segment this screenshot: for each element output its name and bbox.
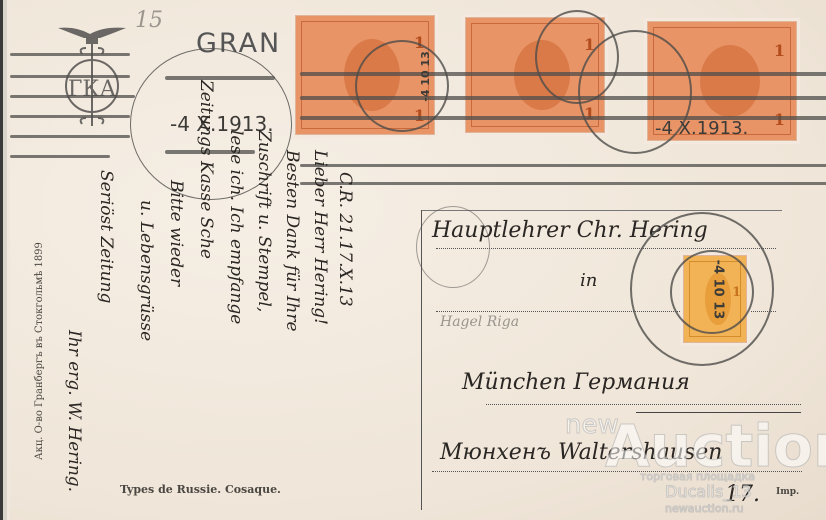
address-line-2: in xyxy=(580,270,597,291)
postmark-circle-1 xyxy=(355,40,449,132)
message-line-1: C.R. 21.17.X.13 xyxy=(335,172,355,307)
message-line-5: lese ich. Ich empfange xyxy=(226,130,246,324)
message-line-8: u. Lebensgrüsse xyxy=(136,200,156,341)
message-line-4: Zuschrift u. Stempel, xyxy=(254,130,274,312)
watermark-sub3: newauction.ru xyxy=(665,502,744,515)
message-line-6: Zeitungs Kasse Sche xyxy=(196,80,216,259)
postmark-date-yellow: -4 10 13 xyxy=(710,260,725,320)
publisher-imprint: Акц. О-во Гранбергъ въ Стокгольмѣ 1899 xyxy=(34,242,45,460)
pencil-note-address: Hagel Riga xyxy=(440,314,519,330)
message-line-3: Besten Dank für Ihre xyxy=(282,150,302,332)
postcard: 15 ГКА Акц. О-во Гранбергъ въ Стокгольмѣ… xyxy=(0,0,826,520)
machine-cancel-date-2: -4 X.1913. xyxy=(655,118,748,139)
message-line-7: Bitte wieder xyxy=(166,180,186,286)
pencil-note-top: 15 xyxy=(135,8,163,33)
printer-mark: Imp. xyxy=(776,487,799,497)
watermark-sub2: Ducalis_13 xyxy=(665,482,752,501)
card-edge xyxy=(0,0,10,520)
svg-text:ГКА: ГКА xyxy=(68,77,117,102)
address-line-3: München Германия xyxy=(462,370,690,395)
card-caption: Types de Russie. Cosaque. xyxy=(120,483,281,496)
message-line-9: Seriöst Zeitung xyxy=(96,170,116,303)
postmark-date-1: -4 10 13 xyxy=(419,51,432,102)
message-line-10: Ihr erg. W. Hering. xyxy=(64,330,84,492)
message-line-2: Lieber Herr Hering! xyxy=(310,150,330,325)
